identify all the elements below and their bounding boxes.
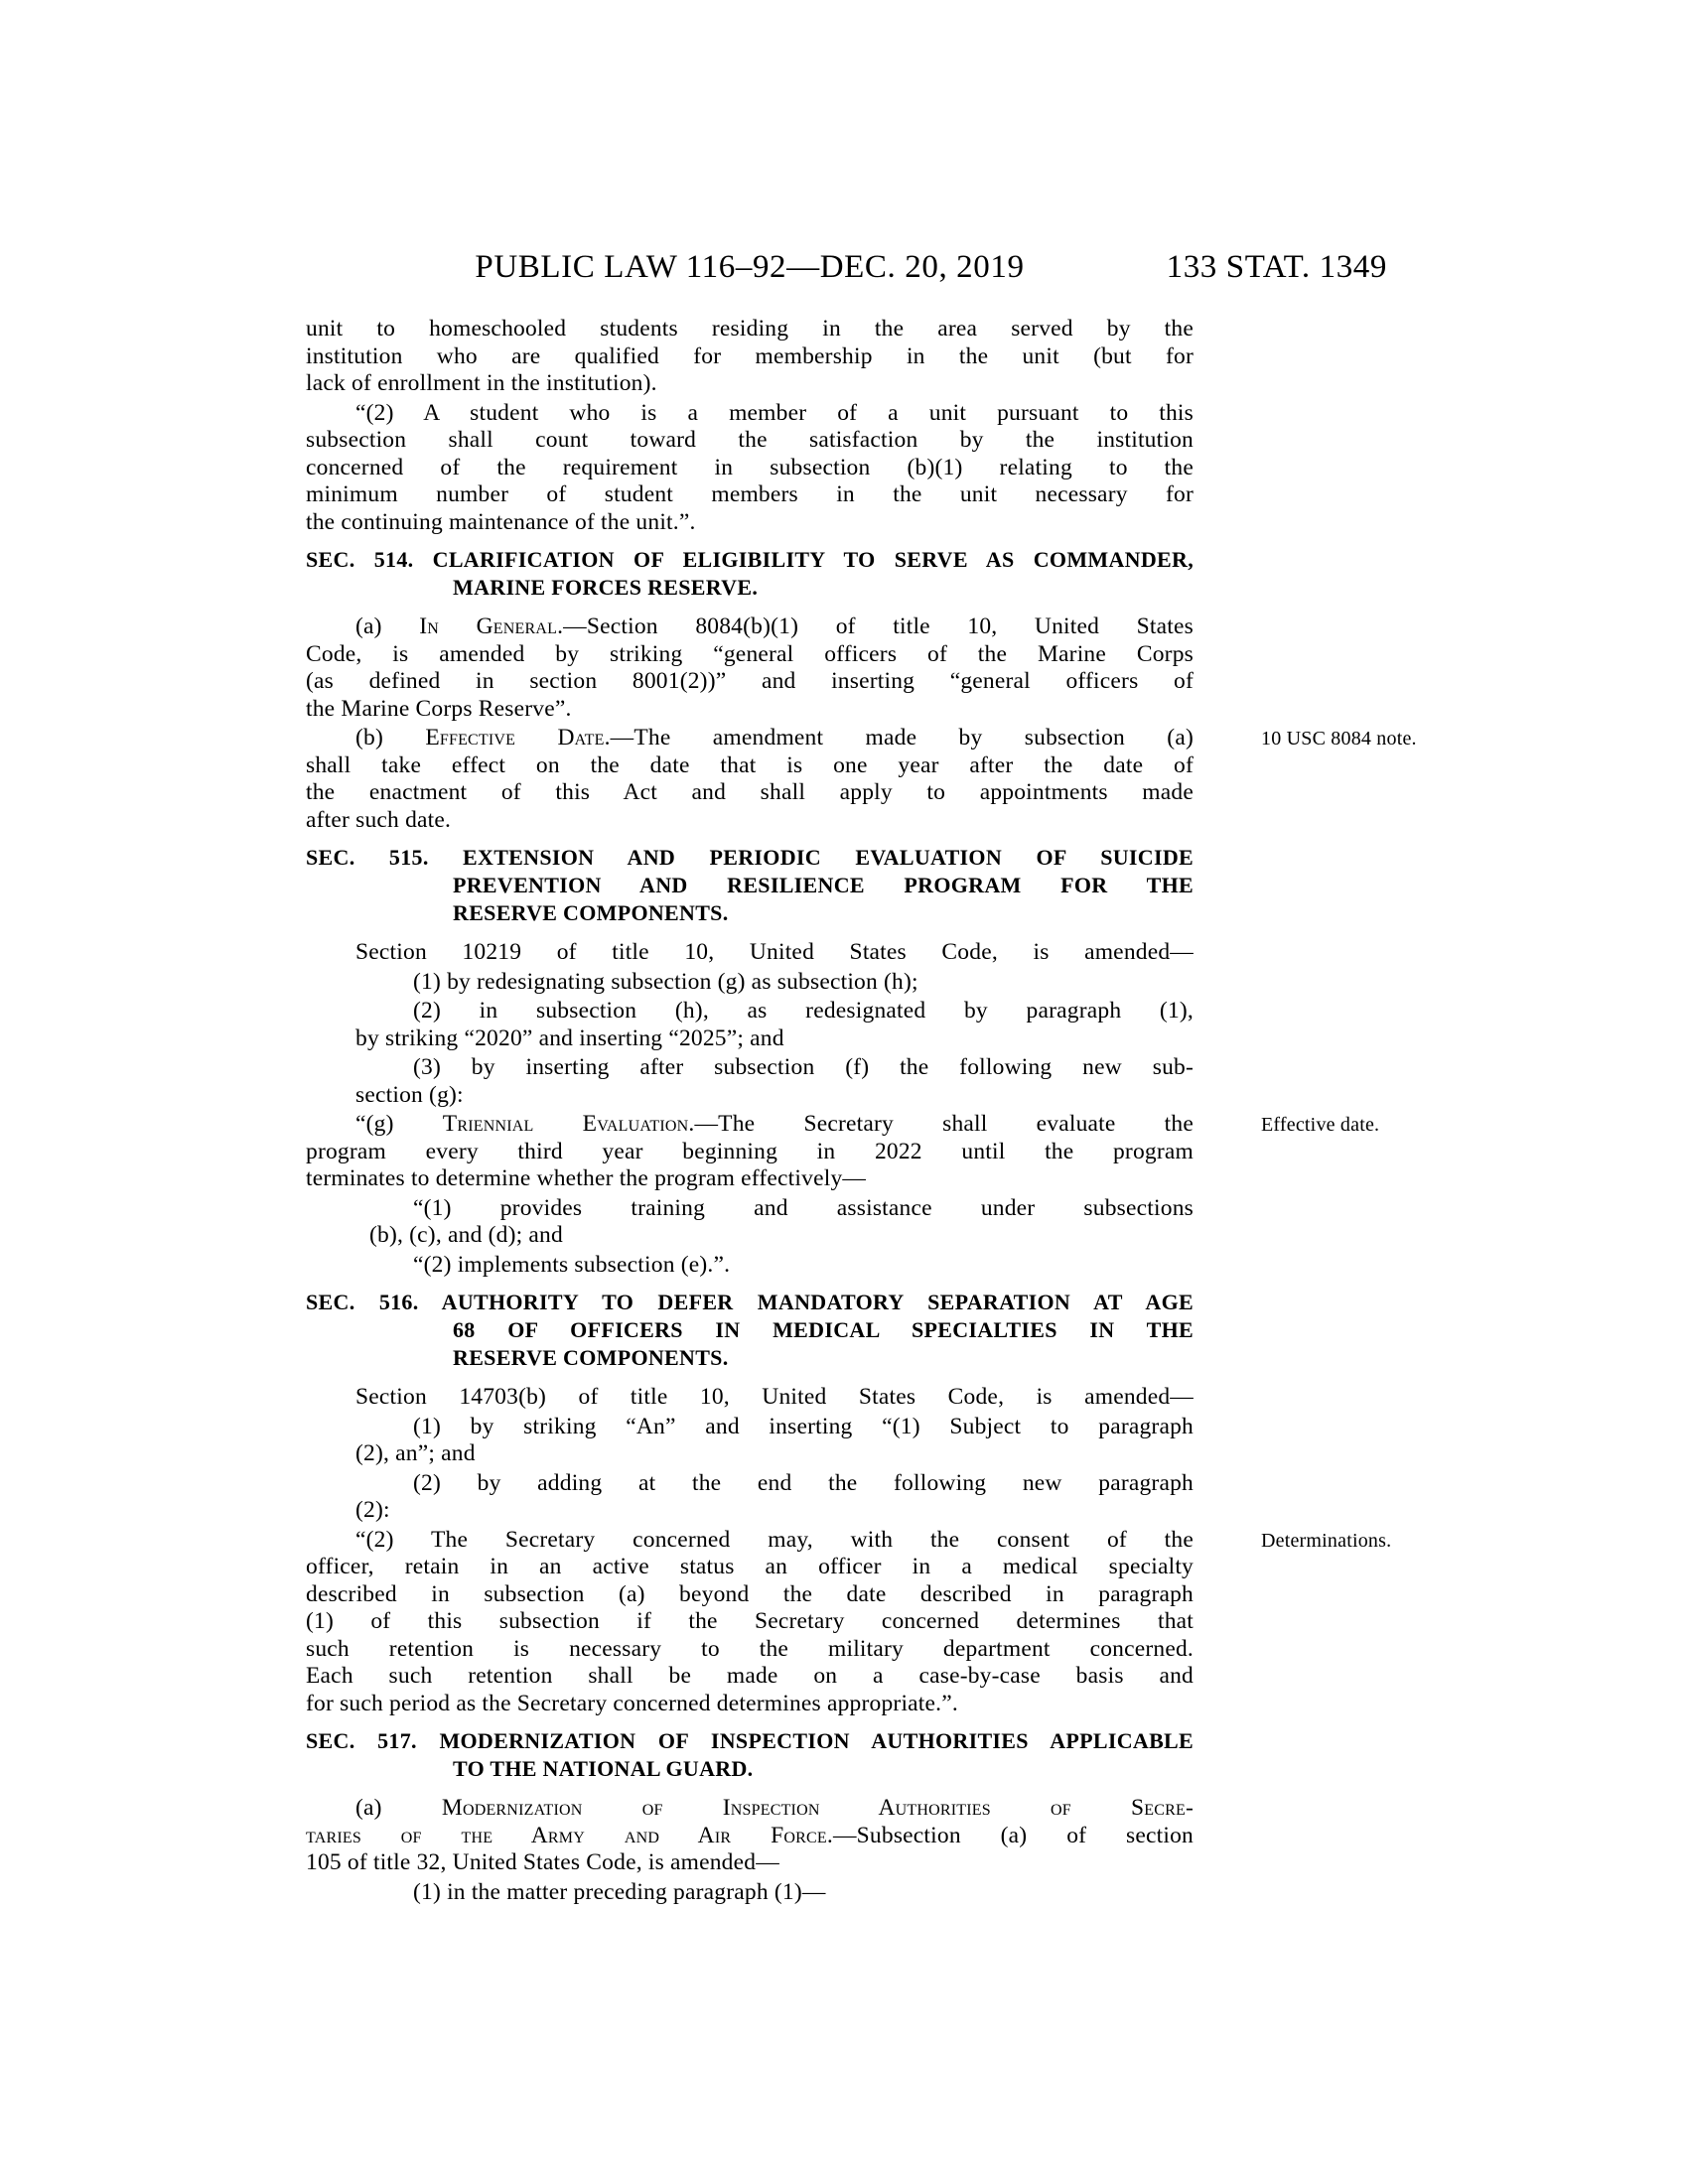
text-segment: lack of enrollment in the institution). [306,370,657,396]
text-line: Code, is amended by striking “general of… [306,641,1194,669]
text-segment: (1) by redesignating subsection (g) as s… [413,969,918,995]
text-segment: (1) by striking “An” and inserting “(1) … [413,1414,1194,1439]
paragraph: Section 10219 of title 10, United States… [306,939,1194,967]
text-segment: section (g): [355,1082,464,1108]
section-heading: SEC. 514. CLARIFICATION OF ELIGIBILITY T… [306,546,1194,602]
section-heading: SEC. 515. EXTENSION AND PERIODIC EVALUAT… [306,844,1194,927]
text-line: (1) in the matter preceding paragraph (1… [413,1879,1194,1907]
paragraph: unit to homeschooled students residing i… [306,316,1194,398]
text-segment: 105 of title 32, United States Code, is … [306,1849,779,1875]
text-line: (2): [355,1497,1194,1525]
text-line: (a) In General.—Section 8084(b)(1) of ti… [355,614,1194,641]
text-line: (a) Modernization of Inspection Authorit… [355,1795,1194,1823]
text-line: (2) by adding at the end the following n… [413,1470,1194,1498]
text-segment: (3) by inserting after subsection (f) th… [413,1054,1194,1080]
paragraph: “(g) Triennial Evaluation.—The Secretary… [306,1111,1194,1193]
text-segment: RESERVE COMPONENTS. [453,900,729,925]
document-body: unit to homeschooled students residing i… [306,316,1194,1908]
text-line: “(2) implements subsection (e).”. [413,1252,1194,1280]
text-line: institution who are qualified for member… [306,343,1194,371]
paragraph: (1) in the matter preceding paragraph (1… [306,1879,1194,1907]
section-heading: SEC. 517. MODERNIZATION OF INSPECTION AU… [306,1727,1194,1783]
text-segment: shall take effect on the date that is on… [306,752,1194,778]
text-segment: “(2) implements subsection (e).”. [413,1252,730,1278]
small-caps-text: Triennial Evaluation [443,1111,689,1137]
small-caps-text: Modernization of Inspection Authorities … [442,1795,1194,1821]
text-line: (2), an”; and [355,1440,1194,1468]
margin-note: 10 USC 8084 note. [1261,726,1450,752]
text-segment: .—Subsection (a) of section [827,1823,1194,1848]
text-line: SEC. 514. CLARIFICATION OF ELIGIBILITY T… [306,546,1194,574]
text-line: the Marine Corps Reserve”. [306,696,1194,724]
text-segment: Section 14703(b) of title 10, United Sta… [355,1384,1194,1410]
text-segment: subsection shall count toward the satisf… [306,427,1194,453]
text-segment: officer, retain in an active status an o… [306,1554,1194,1579]
text-segment: PREVENTION AND RESILIENCE PROGRAM FOR TH… [453,873,1194,897]
text-segment: Each such retention shall be made on a c… [306,1663,1194,1689]
text-line: shall take effect on the date that is on… [306,752,1194,780]
text-segment: .—The Secretary shall evaluate the [688,1111,1194,1137]
text-segment: TO THE NATIONAL GUARD. [453,1756,753,1781]
text-segment: unit to homeschooled students residing i… [306,316,1194,341]
text-line: “(2) A student who is a member of a unit… [355,400,1194,428]
text-line: (1) by redesignating subsection (g) as s… [413,969,1194,997]
text-line: 68 OF OFFICERS IN MEDICAL SPECIALTIES IN… [453,1316,1194,1344]
text-line: 105 of title 32, United States Code, is … [306,1849,1194,1877]
margin-note: Effective date. [1261,1112,1450,1139]
text-line: (2) in subsection (h), as redesignated b… [413,998,1194,1025]
text-segment: terminates to determine whether the prog… [306,1165,866,1191]
paragraph: “(2) A student who is a member of a unit… [306,400,1194,537]
paragraph: (1) by striking “An” and inserting “(1) … [306,1414,1194,1468]
text-segment: (2) by adding at the end the following n… [413,1470,1194,1496]
small-caps-text: In General [419,614,557,639]
text-segment: minimum number of student members in the… [306,481,1194,507]
text-segment: after such date. [306,807,451,833]
text-line: the enactment of this Act and shall appl… [306,779,1194,807]
small-caps-text: taries of the Army and Air Force [306,1823,827,1848]
text-line: RESERVE COMPONENTS. [453,1344,1194,1372]
text-segment: .—The amendment made by subsection (a) [605,725,1194,751]
text-segment: (a) [355,614,419,639]
paragraph: (a) Modernization of Inspection Authorit… [306,1795,1194,1877]
text-segment: (2), an”; and [355,1440,476,1466]
text-line: TO THE NATIONAL GUARD. [453,1755,1194,1783]
text-line: by striking “2020” and inserting “2025”;… [355,1025,1194,1053]
text-segment: (b), (c), and (d); and [369,1222,563,1248]
text-line: program every third year beginning in 20… [306,1139,1194,1166]
text-line: officer, retain in an active status an o… [306,1554,1194,1581]
text-segment: RESERVE COMPONENTS. [453,1345,729,1370]
text-segment: (as defined in section 8001(2))” and ins… [306,668,1194,694]
statute-page: PUBLIC LAW 116–92—DEC. 20, 2019 133 STAT… [0,0,1688,2184]
margin-note: Determinations. [1261,1528,1450,1555]
text-line: RESERVE COMPONENTS. [453,899,1194,927]
text-line: for such period as the Secretary concern… [306,1691,1194,1718]
paragraph: (2) by adding at the end the following n… [306,1470,1194,1525]
text-line: terminates to determine whether the prog… [306,1165,1194,1193]
text-segment: by striking “2020” and inserting “2025”;… [355,1025,784,1051]
text-segment: program every third year beginning in 20… [306,1139,1194,1164]
text-line: SEC. 515. EXTENSION AND PERIODIC EVALUAT… [306,844,1194,872]
text-line: after such date. [306,807,1194,835]
text-line: SEC. 516. AUTHORITY TO DEFER MANDATORY S… [306,1289,1194,1316]
text-line: (3) by inserting after subsection (f) th… [413,1054,1194,1082]
text-line: (b), (c), and (d); and [369,1222,1194,1250]
text-segment: “(2) The Secretary concerned may, with t… [355,1527,1194,1553]
text-segment: such retention is necessary to the milit… [306,1636,1194,1662]
text-segment: .—Section 8084(b)(1) of title 10, United… [557,614,1194,639]
text-segment: SEC. 517. MODERNIZATION OF INSPECTION AU… [306,1728,1194,1753]
text-line: SEC. 517. MODERNIZATION OF INSPECTION AU… [306,1727,1194,1755]
text-segment: (2): [355,1497,390,1523]
text-line: such retention is necessary to the milit… [306,1636,1194,1664]
text-line: concerned of the requirement in subsecti… [306,455,1194,482]
text-segment: the enactment of this Act and shall appl… [306,779,1194,805]
small-caps-text: Effective Date [425,725,604,751]
text-segment: SEC. 516. AUTHORITY TO DEFER MANDATORY S… [306,1290,1194,1314]
text-segment: SEC. 514. CLARIFICATION OF ELIGIBILITY T… [306,547,1194,572]
text-line: Section 14703(b) of title 10, United Sta… [355,1384,1194,1412]
text-segment: SEC. 515. EXTENSION AND PERIODIC EVALUAT… [306,845,1194,870]
text-line: described in subsection (a) beyond the d… [306,1581,1194,1609]
text-line: subsection shall count toward the satisf… [306,427,1194,455]
text-line: “(1) provides training and assistance un… [413,1195,1194,1223]
text-line: (1) by striking “An” and inserting “(1) … [413,1414,1194,1441]
section-heading: SEC. 516. AUTHORITY TO DEFER MANDATORY S… [306,1289,1194,1372]
paragraph: (a) In General.—Section 8084(b)(1) of ti… [306,614,1194,723]
header-stat-number: 133 STAT. 1349 [1109,250,1387,284]
text-segment: MARINE FORCES RESERVE. [453,575,758,600]
text-segment: 68 OF OFFICERS IN MEDICAL SPECIALTIES IN… [453,1317,1194,1342]
text-segment: (b) [355,725,425,751]
text-segment: for such period as the Secretary concern… [306,1691,958,1716]
text-line: Section 10219 of title 10, United States… [355,939,1194,967]
text-segment: (a) [355,1795,442,1821]
paragraph: “(1) provides training and assistance un… [306,1195,1194,1250]
paragraph: “(2) implements subsection (e).”. [306,1252,1194,1280]
text-segment: described in subsection (a) beyond the d… [306,1581,1194,1607]
text-segment: “(1) provides training and assistance un… [413,1195,1194,1221]
text-line: PREVENTION AND RESILIENCE PROGRAM FOR TH… [453,872,1194,899]
text-line: “(g) Triennial Evaluation.—The Secretary… [355,1111,1194,1139]
text-line: unit to homeschooled students residing i… [306,316,1194,343]
paragraph: “(2) The Secretary concerned may, with t… [306,1527,1194,1718]
text-line: (1) of this subsection if the Secretary … [306,1608,1194,1636]
text-line: the continuing maintenance of the unit.”… [306,509,1194,537]
text-segment: “(g) [355,1111,443,1137]
text-line: taries of the Army and Air Force.—Subsec… [306,1823,1194,1850]
text-segment: the Marine Corps Reserve”. [306,696,572,722]
text-segment: the continuing maintenance of the unit.”… [306,509,696,535]
text-segment: Section 10219 of title 10, United States… [355,939,1194,965]
paragraph: (2) in subsection (h), as redesignated b… [306,998,1194,1052]
text-segment: (1) of this subsection if the Secretary … [306,1608,1194,1634]
text-line: (b) Effective Date.—The amendment made b… [355,725,1194,752]
text-segment: concerned of the requirement in subsecti… [306,455,1194,480]
text-segment: (2) in subsection (h), as redesignated b… [413,998,1194,1024]
text-segment: institution who are qualified for member… [306,343,1194,369]
header-law-title: PUBLIC LAW 116–92—DEC. 20, 2019 [306,250,1194,284]
text-line: section (g): [355,1082,1194,1110]
paragraph: (3) by inserting after subsection (f) th… [306,1054,1194,1109]
paragraph: (1) by redesignating subsection (g) as s… [306,969,1194,997]
paragraph: (b) Effective Date.—The amendment made b… [306,725,1194,834]
text-line: (as defined in section 8001(2))” and ins… [306,668,1194,696]
text-line: “(2) The Secretary concerned may, with t… [355,1527,1194,1555]
text-segment: “(2) A student who is a member of a unit… [355,400,1194,426]
paragraph: Section 14703(b) of title 10, United Sta… [306,1384,1194,1412]
text-line: Each such retention shall be made on a c… [306,1663,1194,1691]
text-segment: Code, is amended by striking “general of… [306,641,1194,667]
text-segment: (1) in the matter preceding paragraph (1… [413,1879,826,1905]
text-line: lack of enrollment in the institution). [306,370,1194,398]
text-line: minimum number of student members in the… [306,481,1194,509]
text-line: MARINE FORCES RESERVE. [453,574,1194,602]
